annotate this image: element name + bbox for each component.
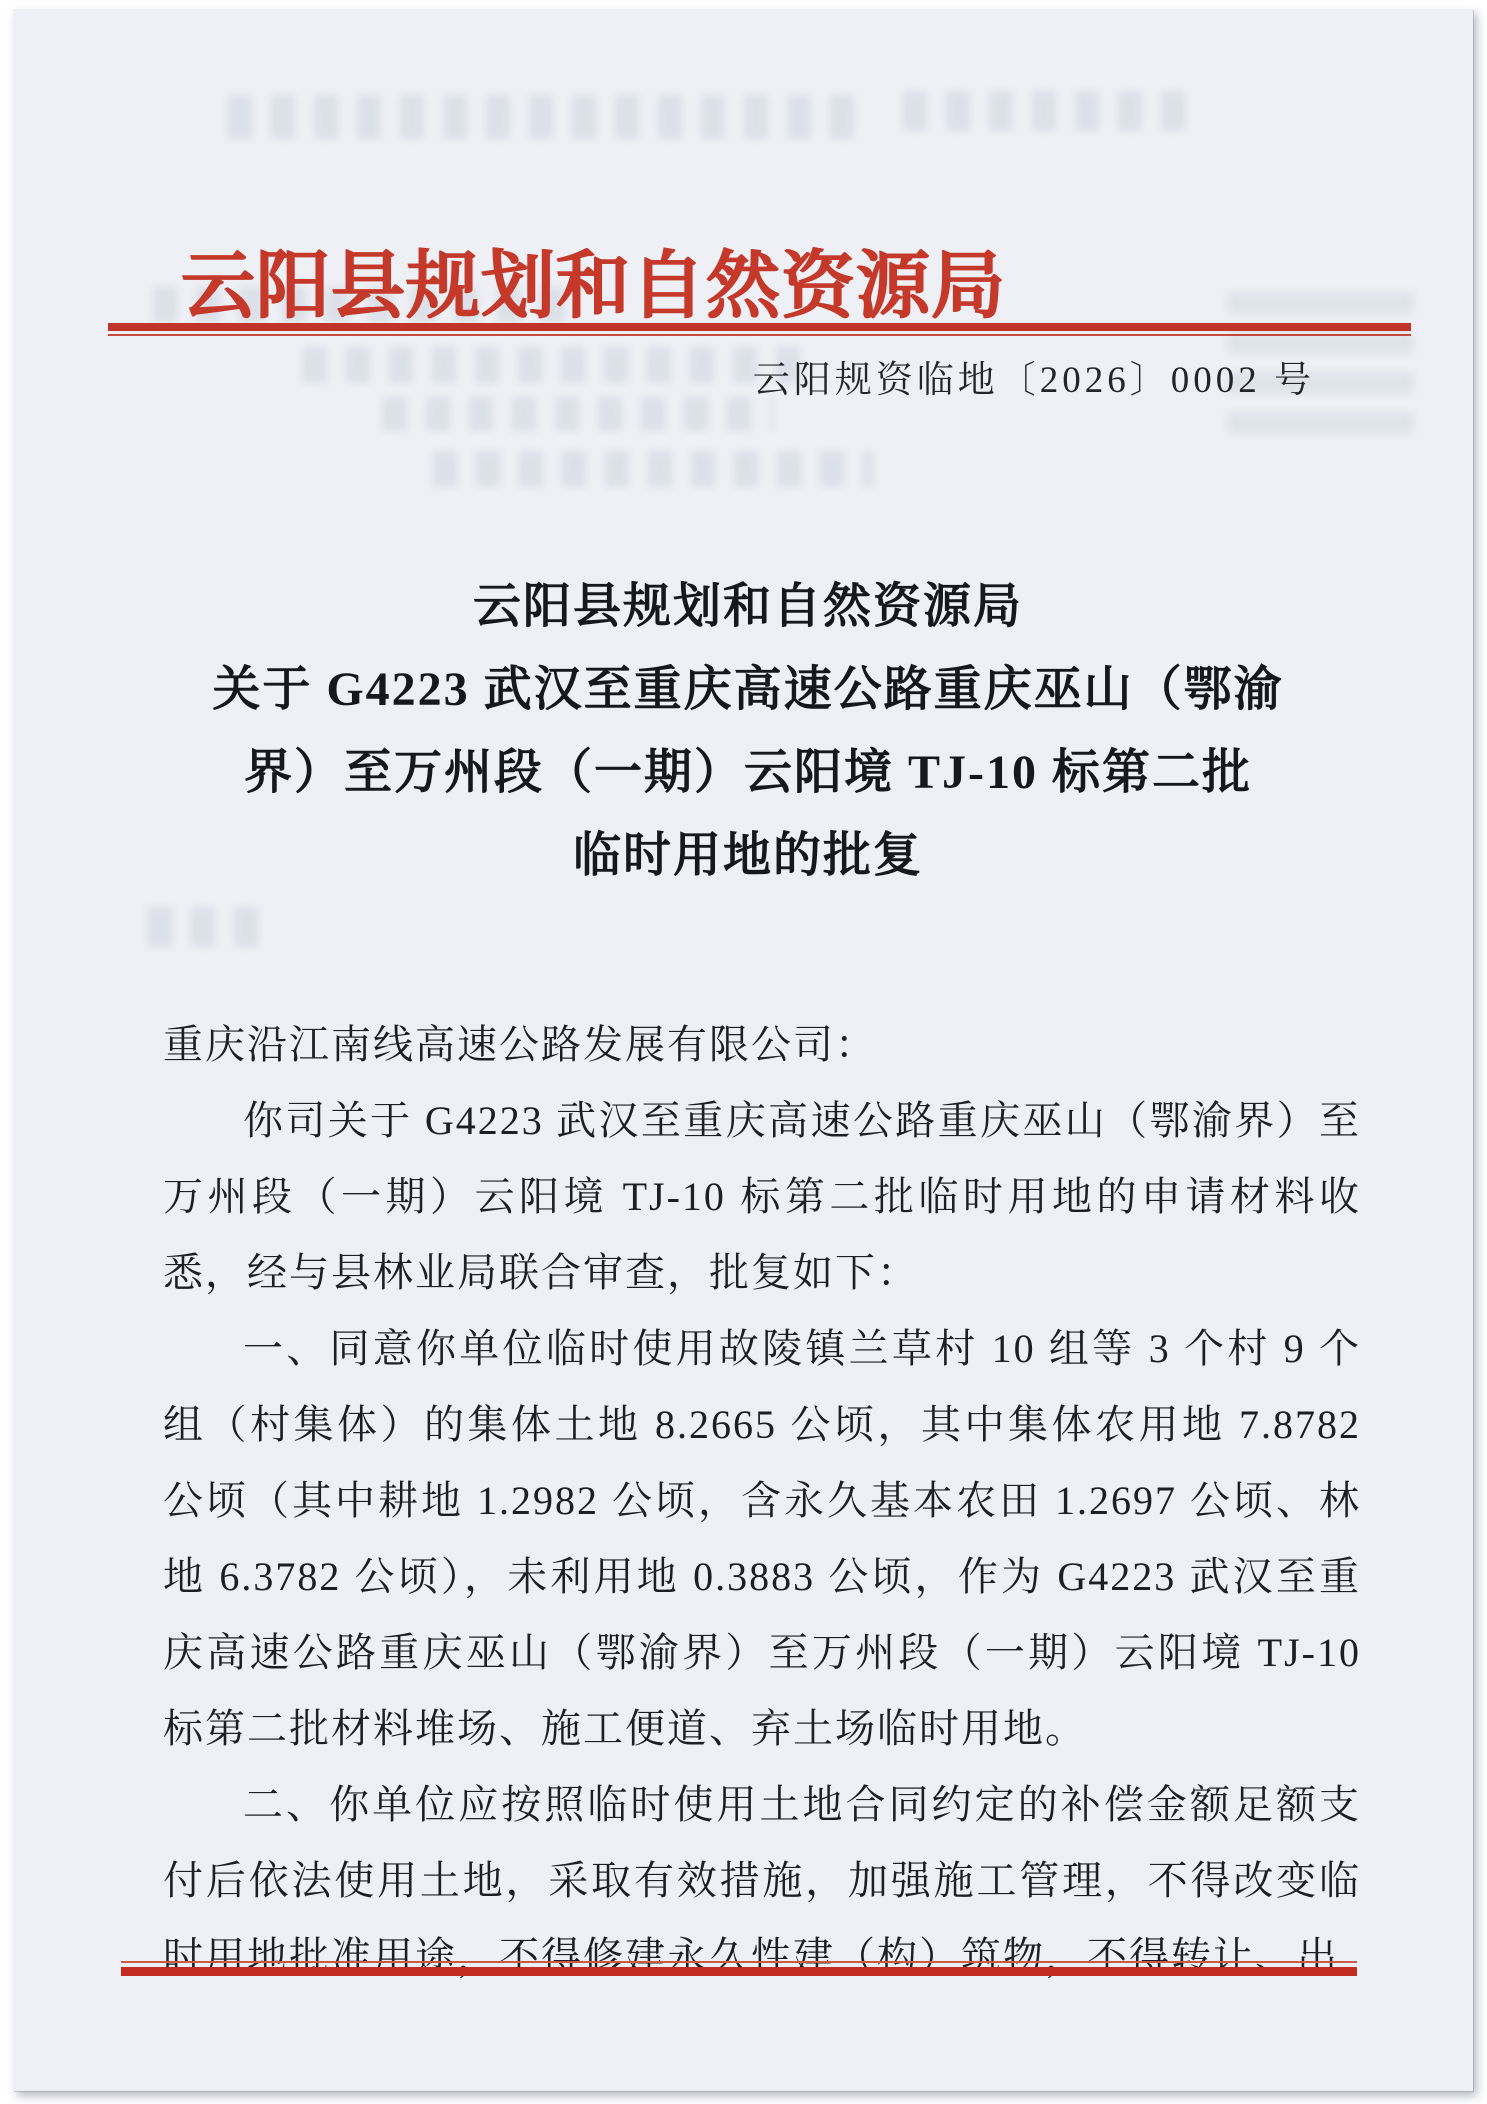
footer-separator bbox=[121, 1961, 1357, 1976]
bleedthrough-artifact bbox=[228, 95, 858, 139]
document-title: 云阳县规划和自然资源局 关于 G4223 武汉至重庆高速公路重庆巫山（鄂渝 界）… bbox=[133, 565, 1363, 897]
bleedthrough-artifact bbox=[433, 451, 873, 487]
doc-number: 云阳规资临地〔2026〕0002 号 bbox=[753, 349, 1315, 403]
footer-separator-thin-line bbox=[121, 1961, 1357, 1963]
body-paragraph: 一、同意你单位临时使用故陵镇兰草村 10 组等 3 个村 9 个组（村集体）的集… bbox=[163, 1311, 1361, 1767]
letterhead-separator-thin-line bbox=[108, 334, 1411, 336]
letterhead-separator bbox=[108, 323, 1411, 336]
letterhead-title: 云阳县规划和自然资源局 bbox=[0, 227, 1323, 333]
scanned-page: 云阳县规划和自然资源局 云阳规资临地〔2026〕0002 号 云阳县规划和自然资… bbox=[13, 9, 1473, 2091]
bleedthrough-artifact bbox=[903, 91, 1193, 131]
body-paragraph: 你司关于 G4223 武汉至重庆高速公路重庆巫山（鄂渝界）至万州段（一期）云阳境… bbox=[163, 1083, 1361, 1311]
document-body: 重庆沿江南线高速公路发展有限公司： 你司关于 G4223 武汉至重庆高速公路重庆… bbox=[163, 1007, 1361, 1995]
document-title-line: 云阳县规划和自然资源局 bbox=[133, 565, 1363, 648]
document-title-line: 临时用地的批复 bbox=[133, 814, 1363, 897]
document-title-line: 界）至万州段（一期）云阳境 TJ-10 标第二批 bbox=[133, 731, 1363, 814]
document-title-line: 关于 G4223 武汉至重庆高速公路重庆巫山（鄂渝 bbox=[133, 648, 1363, 731]
bleedthrough-artifact bbox=[303, 347, 813, 383]
footer-separator-thick-line bbox=[121, 1967, 1357, 1976]
bleedthrough-artifact bbox=[383, 397, 773, 431]
bleedthrough-artifact bbox=[148, 907, 273, 947]
recipient-line: 重庆沿江南线高速公路发展有限公司： bbox=[163, 1007, 1361, 1083]
letterhead-separator-thick-line bbox=[108, 323, 1411, 331]
